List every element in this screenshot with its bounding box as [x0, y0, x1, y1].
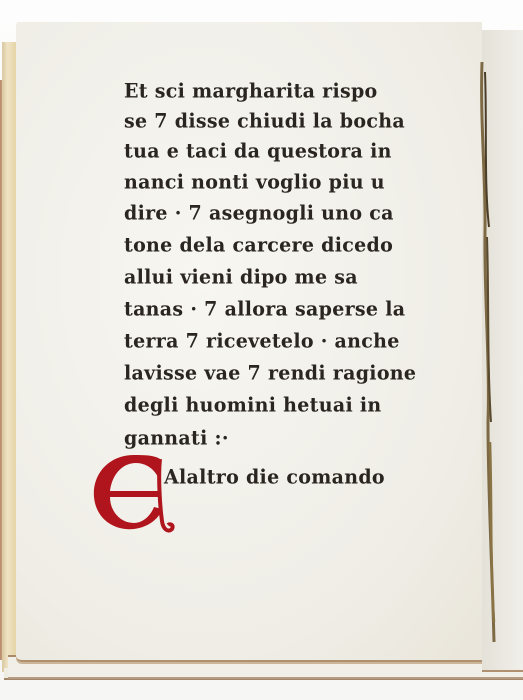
text-line: Et sci margharita rispo [124, 79, 378, 102]
text-line: dire · 7 asegnogli uno ca [124, 201, 394, 224]
text-line: allui vieni dipo me sa [124, 265, 358, 288]
text-line: tone dela carcere dicedo [124, 233, 393, 256]
text-line: tanas · 7 allora saperse la [124, 297, 405, 320]
text-line: Alaltro die comando [164, 465, 385, 488]
page-edge-stack [2, 42, 17, 672]
text-line: lavisse vae 7 rendi ragione [124, 361, 416, 384]
red-initial-letter [88, 447, 180, 535]
text-line: nanci nonti voglio piu u [124, 170, 385, 193]
text-line: degli huomini hetuai in [124, 393, 382, 416]
text-line: se 7 disse chiudi la bocha [124, 109, 405, 132]
text-line: tua e taci da questora in [124, 139, 392, 162]
binding-thread [476, 62, 496, 642]
text-line: terra 7 ricevetelo · anche [124, 329, 400, 352]
